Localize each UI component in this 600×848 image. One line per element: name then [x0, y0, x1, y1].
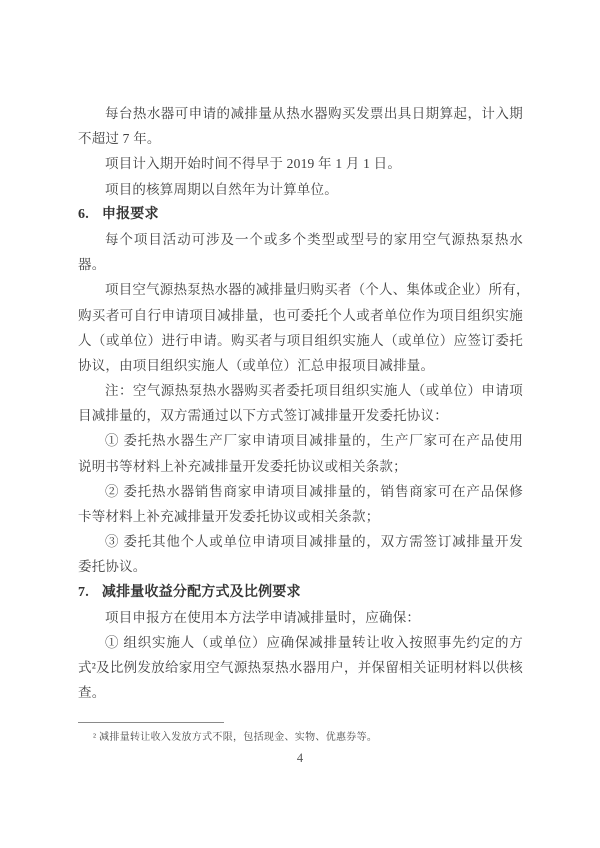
document-page: 每台热水器可申请的减排量从热水器购买发票出具日期算起，计入期 不超过 7 年。 … [0, 0, 600, 848]
list-item-1-line: ① 组织实施人（或单位）应确保减排量转让收入按照事先约定的方 [78, 630, 523, 655]
list-item-3-line: 委托协议。 [78, 554, 523, 579]
list-item-1-line: ① 委托热水器生产厂家申请项目减排量的，生产厂家可在产品使用 [78, 428, 523, 453]
paragraph-line: 人（或单位）进行申请。购买者与项目组织实施人（或单位）应签订委托 [78, 328, 523, 353]
paragraph-line: 器。 [78, 252, 523, 277]
paragraph-line: 项目的核算周期以自然年为计算单位。 [78, 177, 523, 202]
paragraph-line: 每台热水器可申请的减排量从热水器购买发票出具日期算起，计入期 [78, 101, 523, 126]
section-title: 减排量收益分配方式及比例要求 [102, 585, 301, 600]
section-number: 6. [78, 202, 89, 227]
list-item-2-line: ② 委托热水器销售商家申请项目减排量的，销售商家可在产品保修 [78, 479, 523, 504]
section-heading-6: 6.申报要求 [78, 202, 523, 227]
footnote-text: ² 减排量转让收入发放方式不限，包括现金、实物、优惠券等。 [93, 731, 513, 745]
section-number: 7. [78, 580, 89, 605]
section-heading-7: 7.减排量收益分配方式及比例要求 [78, 580, 523, 605]
list-item-2-line: 卡等材料上补充减排量开发委托协议或相关条款； [78, 504, 523, 529]
paragraph-line: 项目空气源热泵热水器的减排量归购买者（个人、集体或企业）所有， [78, 277, 523, 302]
paragraph-line: 每个项目活动可涉及一个或多个类型或型号的家用空气源热泵热水 [78, 227, 523, 252]
note-line: 目减排量的，双方需通过以下方式签订减排量开发委托协议： [78, 403, 523, 428]
page-number: 4 [0, 751, 600, 766]
list-item-1-line: 查。 [78, 680, 523, 705]
paragraph-line: 项目申报方在使用本方法学申请减排量时，应确保： [78, 605, 523, 630]
paragraph-line: 项目计入期开始时间不得早于 2019 年 1 月 1 日。 [78, 151, 523, 176]
paragraph-line: 不超过 7 年。 [78, 126, 523, 151]
list-item-1-line: 说明书等材料上补充减排量开发委托协议或相关条款； [78, 454, 523, 479]
list-item-1-line: 式²及比例发放给家用空气源热泵热水器用户，并保留相关证明材料以供核 [78, 655, 523, 680]
paragraph-line: 协议，由项目组织实施人（或单位）汇总申报项目减排量。 [78, 353, 523, 378]
section-title: 申报要求 [102, 207, 159, 222]
paragraph-line: 购买者可自行申请项目减排量，也可委托个人或者单位作为项目组织实施 [78, 303, 523, 328]
list-item-3-line: ③ 委托其他个人或单位申请项目减排量的，双方需签订减排量开发 [78, 529, 523, 554]
document-body: 每台热水器可申请的减排量从热水器购买发票出具日期算起，计入期 不超过 7 年。 … [78, 101, 523, 706]
footnote-separator [78, 722, 224, 723]
note-line: 注：空气源热泵热水器购买者委托项目组织实施人（或单位）申请项 [78, 378, 523, 403]
